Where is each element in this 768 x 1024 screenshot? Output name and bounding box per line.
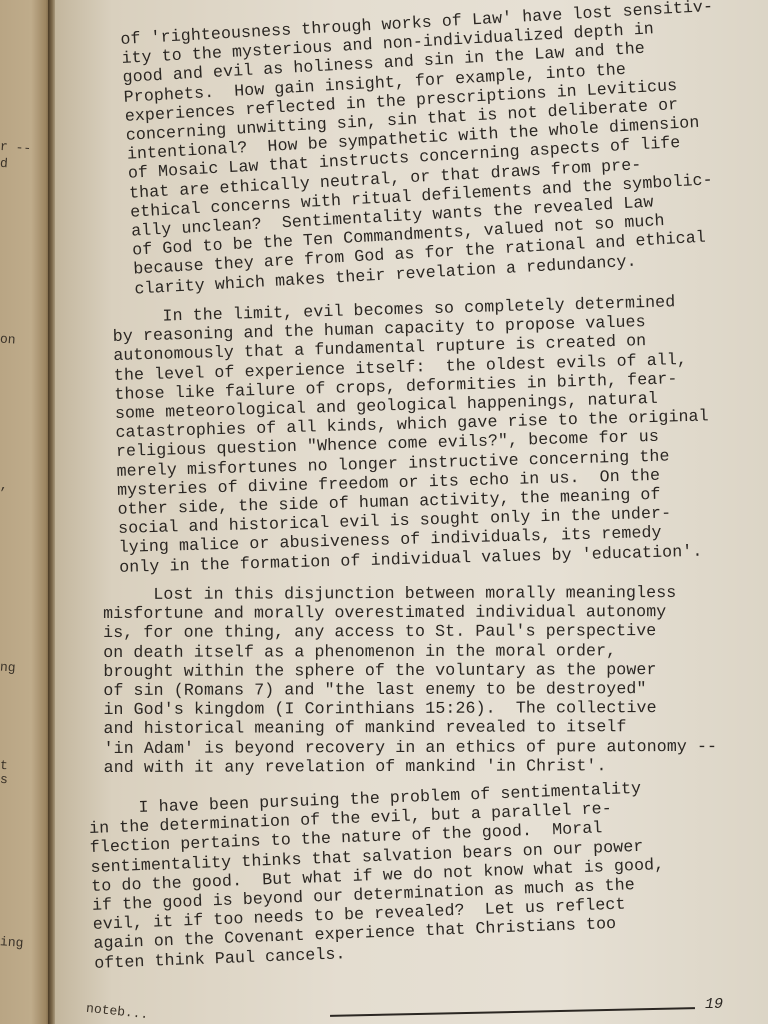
paragraph-2: In the limit, evil becomes so completely… bbox=[112, 291, 713, 576]
text-line: 'in Adam' is beyond recovery in an ethic… bbox=[104, 736, 718, 757]
text-line: on death itself as a phenomenon in the m… bbox=[103, 640, 717, 661]
margin-fragment: r -- bbox=[0, 139, 32, 156]
text-line: is, for one thing, any access to St. Pau… bbox=[103, 621, 717, 642]
margin-fragment: , bbox=[0, 478, 8, 494]
margin-fragment: ng bbox=[0, 659, 16, 675]
text-line: misfortune and morally overestimated ind… bbox=[103, 602, 717, 623]
paragraph-4: I have been pursuing the problem of sent… bbox=[88, 778, 668, 973]
paragraph-1: of 'righteousness through works of Law' … bbox=[120, 0, 728, 298]
margin-fragment: ing bbox=[0, 934, 24, 951]
text-line: Lost in this disjunction between morally… bbox=[103, 583, 717, 604]
text-line: and with it any revelation of mankind 'i… bbox=[104, 756, 718, 777]
margin-fragment: on bbox=[0, 331, 16, 347]
text-line: and historical meaning of mankind reveal… bbox=[103, 717, 717, 738]
text-line: in God's kingdom (I Corinthians 15:26). … bbox=[103, 698, 717, 719]
page-number: 19 bbox=[705, 996, 723, 1013]
text-line: brought within the sphere of the volunta… bbox=[103, 660, 717, 681]
paragraph-3: Lost in this disjunction between morally… bbox=[103, 583, 717, 777]
left-page: r -- d on , ng t s ing bbox=[0, 0, 52, 1024]
text-line: of sin (Romans 7) and "the last enemy to… bbox=[103, 679, 717, 700]
margin-fragment: s bbox=[0, 772, 8, 788]
margin-fragment: d bbox=[0, 156, 8, 172]
